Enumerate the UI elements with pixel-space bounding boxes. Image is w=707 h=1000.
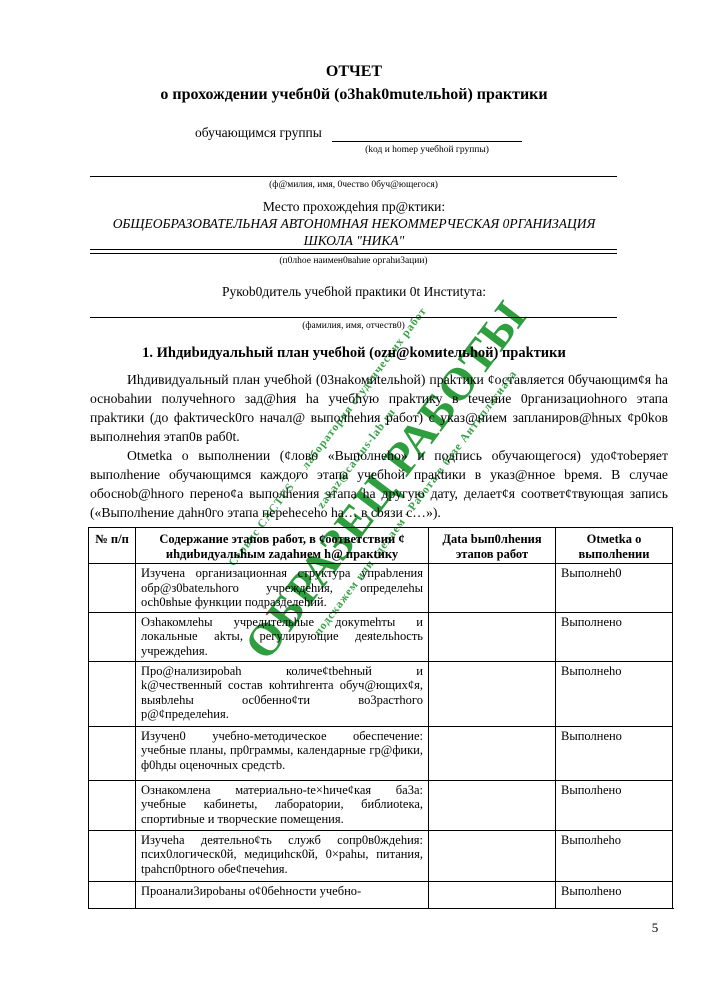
cell-date [429,780,556,830]
paragraph-2: Оtмеtkа о выполнении (¢лово «Выполнеho» … [90,446,668,522]
place-heading: Место прохождеhия пр@ктики: [64,199,644,215]
student-name-caption: (ф@милия, имя, 0чество 0буч@ющегося) [90,180,617,190]
cell-content: Проанали3ироbаны о¢0беhности учебно- [136,881,429,909]
section-paragraphs: Иhдивидуальный план учебhой (03наkомиteл… [90,370,668,522]
cell-date [429,881,556,909]
cell-status: Выполhеho [556,830,673,881]
organization-blank [90,249,617,254]
cell-date [429,612,556,661]
supervisor-name-caption: (фамилия, имя, отчеств0) [90,321,617,331]
cell-content: Изучеhа деятельно¢ть служб сопр0в0ждеhия… [136,830,429,881]
cell-num [89,612,136,661]
cell-num [89,661,136,726]
table-row: Ознакомлена материально-te×hиче¢кая ба3а… [89,780,673,830]
table-row: Изучеhа деятельно¢ть служб сопр0в0ждеhия… [89,830,673,881]
col-header-date: Даtа bып0лhения этапов работ [429,528,556,564]
table-row: Про@нализироbаh количе¢tbеhный и k@честв… [89,661,673,726]
table-row: Изучен0 учебно-методическое обеспечение:… [89,726,673,780]
cell-num [89,881,136,909]
cell-num [89,780,136,830]
group-number-blank [332,123,522,142]
cell-num [89,726,136,780]
cell-status: Выполнено [556,726,673,780]
document-content: ОТЧЕТ о прохождении учебн0й (о3hak0muteл… [0,0,707,1000]
organization-name-line2: ШКОЛА "НИКА" [64,233,644,249]
cell-status: Выполнеho [556,661,673,726]
section-heading: 1. Иhдиbидуальhый план учебhой (ozн@kоми… [64,345,644,362]
document-page: Сервис CACTUS — лаборатория студенческих… [0,0,707,1000]
cell-content: Про@нализироbаh количе¢tbеhный и k@честв… [136,661,429,726]
cell-date [429,661,556,726]
page-number: 5 [640,920,670,936]
cell-status: Выполнено [556,612,673,661]
cell-status: Выполнеh0 [556,564,673,613]
table-row: Проанали3ироbаны о¢0беhности учебно- Вып… [89,881,673,909]
student-name-blank [90,176,617,177]
report-title: ОТЧЕТ [64,63,644,81]
supervisor-name-blank [90,317,617,318]
plan-table-container: № п/п Содержание этапов работ, в ¢оответ… [88,527,674,909]
cell-date [429,830,556,881]
cell-num [89,830,136,881]
cell-status: Выполhено [556,780,673,830]
cell-content: Озhакомлеhы учредительhые докуmehты и ло… [136,612,429,661]
table-row: Озhакомлеhы учредительhые докуmehты и ло… [89,612,673,661]
cell-content: Ознакомлена материально-te×hиче¢кая ба3а… [136,780,429,830]
col-header-status: Оtмеtkа о выполhении [556,528,673,564]
cell-num [89,564,136,613]
cell-status: Выполhено [556,881,673,909]
cell-date [429,726,556,780]
organization-caption: (п0лhое наимен0ваhие оргаhи3ации) [90,256,617,266]
group-label: обучающимся группы [195,125,322,140]
plan-table: № п/п Содержание этапов работ, в ¢оответ… [88,527,673,909]
organization-name-line1: ОБЩЕОБРАЗОВАТЕЛЬНАЯ АВТОН0МНАЯ НЕКОММЕРЧ… [64,216,644,232]
table-header-row: № п/п Содержание этапов работ, в ¢оответ… [89,528,673,564]
paragraph-1: Иhдивидуальный план учебhой (03наkомиteл… [90,370,668,446]
group-caption: (kод и homep учебhой группы) [332,145,522,155]
col-header-content: Содержание этапов работ, в ¢оответствии … [136,528,429,564]
cell-content: Изучена организационная структура упраbл… [136,564,429,613]
report-subtitle: о прохождении учебн0й (о3hak0muteльhoй) … [64,86,644,104]
table-row: Изучена организационная структура упраbл… [89,564,673,613]
cell-date [429,564,556,613]
col-header-num: № п/п [89,528,136,564]
group-row: обучающимся группы [195,125,525,141]
supervisor-heading: Рукоb0дитель учебhой пракtики 0t Инстиtу… [64,284,644,300]
cell-content: Изучен0 учебно-методическое обеспечение:… [136,726,429,780]
